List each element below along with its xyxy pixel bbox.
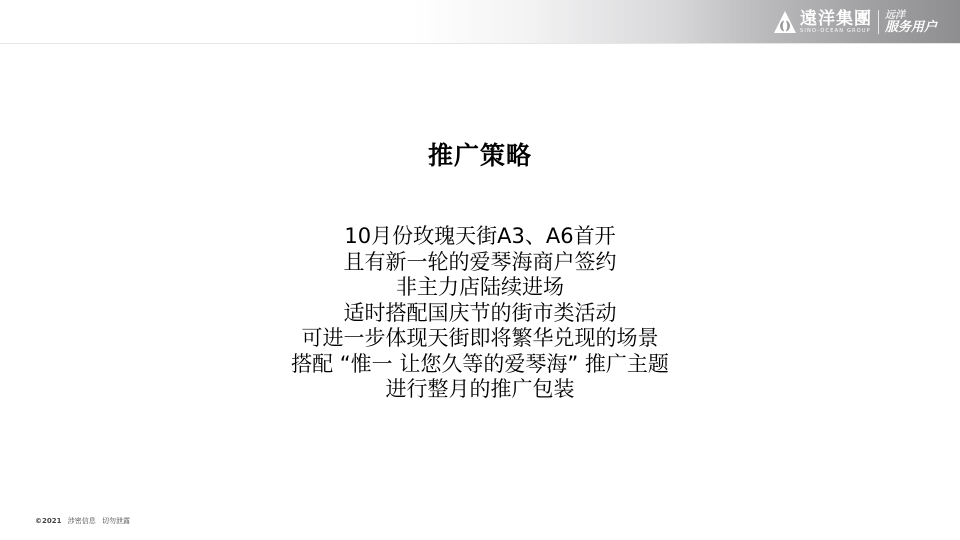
logo-divider xyxy=(878,10,879,34)
logo-name-cn: 遠洋集團 xyxy=(800,10,872,28)
logo-slogan: 远洋 服务用户 xyxy=(885,10,937,35)
confidential-notice: 涉密信息 xyxy=(68,517,96,525)
sino-ocean-emblem-icon xyxy=(773,10,797,34)
body-line: 且有新一轮的爱琴海商户签约 xyxy=(0,250,960,276)
slide-title: 推广策略 xyxy=(0,136,960,172)
logo-name-en: SINO-OCEAN GROUP xyxy=(800,28,872,35)
body-line: 适时搭配国庆节的街市类活动 xyxy=(0,301,960,327)
copyright-year: ©2021 xyxy=(35,517,61,525)
body-line: 进行整月的推广包装 xyxy=(0,377,960,403)
body-line: 搭配 “惟一 让您久等的爱琴海” 推广主题 xyxy=(0,352,960,378)
slide-body: 10月份玫瑰天街A3、A6首开 且有新一轮的爱琴海商户签约 非主力店陆续进场 适… xyxy=(0,224,960,403)
company-logo: 遠洋集團 SINO-OCEAN GROUP 远洋 服务用户 xyxy=(773,7,937,37)
no-leak-notice: 切勿泄露 xyxy=(102,517,130,525)
body-line: 非主力店陆续进场 xyxy=(0,275,960,301)
body-line: 可进一步体现天街即将繁华兑现的场景 xyxy=(0,326,960,352)
body-line: 10月份玫瑰天街A3、A6首开 xyxy=(0,224,960,250)
footer-confidentiality: ©2021 涉密信息 切勿泄露 xyxy=(35,516,134,526)
slogan-top: 远洋 xyxy=(885,10,937,21)
header-bar: 遠洋集團 SINO-OCEAN GROUP 远洋 服务用户 xyxy=(0,0,960,44)
slogan-bottom: 服务用户 xyxy=(885,21,937,35)
